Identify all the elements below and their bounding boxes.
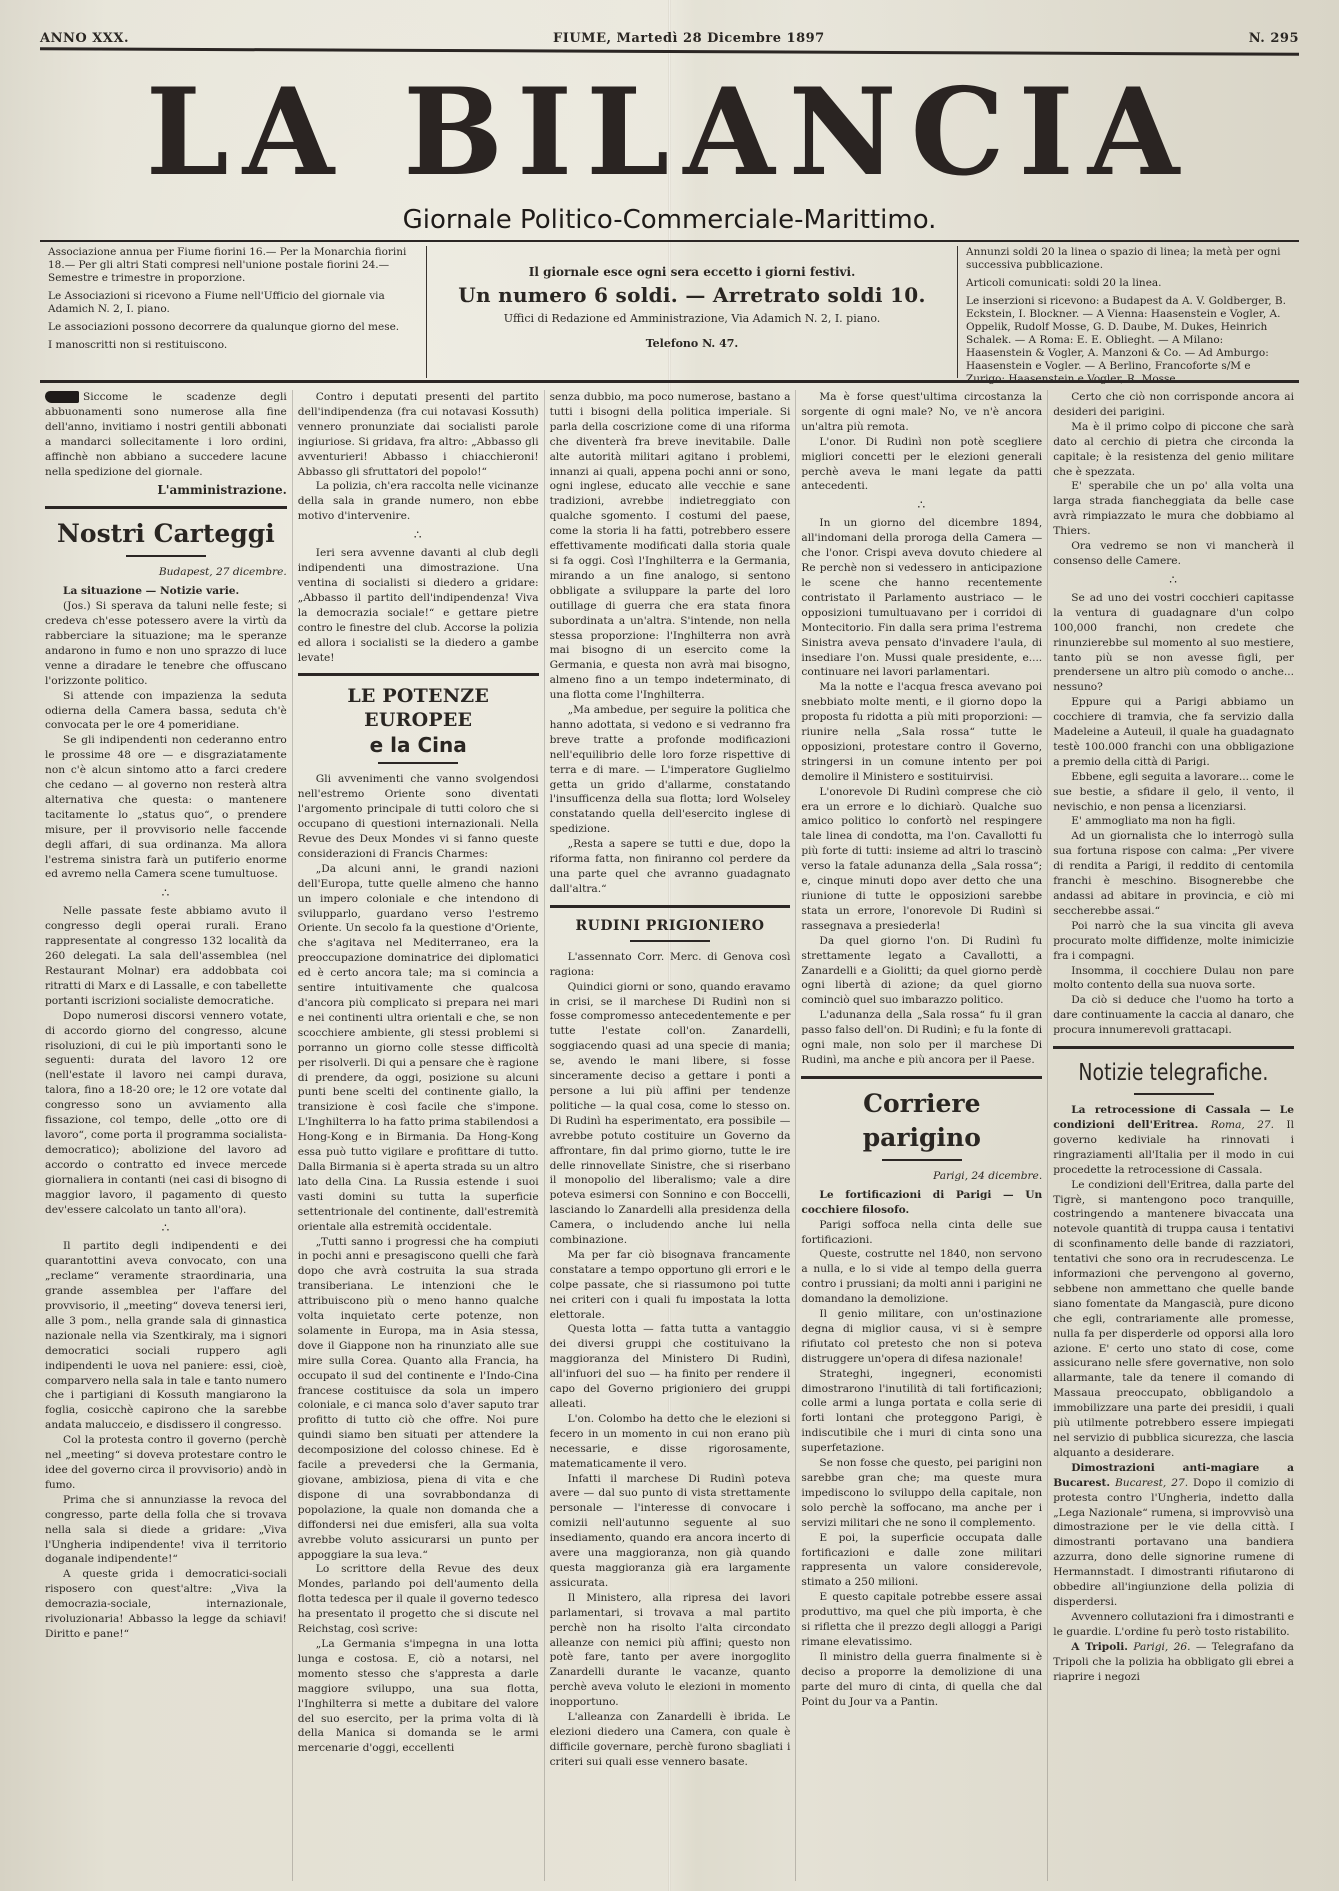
paragraph: Insomma, il cocchiere Dulau non pare mol… [1053, 964, 1294, 994]
paragraph: Se ad uno dei vostri cocchieri capitasse… [1053, 591, 1294, 695]
paragraph: Se gli indipendenti non cederanno entro … [45, 733, 287, 882]
article-dateline: Parigi, 24 dicembre. [801, 1169, 1042, 1184]
paragraph: Ad un giornalista che lo interrogò sulla… [1053, 829, 1294, 918]
subscription-notice: Siccome le scadenze degli abbuonamenti s… [45, 390, 287, 479]
paragraph: „Da alcuni anni, le grandi nazioni dell'… [298, 862, 539, 1235]
headline-potenze-europee: LE POTENZE EUROPEE [298, 684, 539, 732]
headline-notizie-telegrafiche: Notizie telegrafiche. [1075, 1057, 1272, 1089]
paragraph: Ma per far ciò bisognava francamente con… [550, 1248, 791, 1323]
paragraph: Certo che ciò non corrisponde ancora ai … [1053, 390, 1294, 420]
paragraph: Se non fosse che questo, pei parigini no… [801, 1456, 1042, 1531]
price-info: Il giornale esce ogni sera eccetto i gio… [427, 246, 958, 378]
paragraph: „Resta a sapere se tutti e due, dopo la … [550, 837, 791, 897]
divider [40, 380, 1299, 383]
newspaper-page: ANNO XXX. FIUME, Martedì 28 Dicembre 189… [0, 0, 1339, 1891]
paragraph: E' ammogliato ma non ha figli. [1053, 814, 1294, 829]
paragraph: La polizia, ch'era raccolta nelle vicina… [298, 479, 539, 524]
column-3: senza dubbio, ma poco numerose, bastano … [544, 390, 796, 1881]
article-dateline: Budapest, 27 dicembre. [45, 565, 287, 580]
asterism-ornament: ∴ [45, 884, 287, 902]
info-box: Associazione annua per Fiume fiorini 16.… [40, 246, 1299, 378]
manuscripts-note: I manoscritti non si restituiscono. [48, 339, 418, 352]
pointing-hand-icon [45, 391, 79, 403]
paragraph: Infatti il marchese Di Rudinì poteva ave… [550, 1472, 791, 1591]
paragraph: L'on. Colombo ha detto che le elezioni s… [550, 1412, 791, 1472]
headline-cina: e la Cina [298, 732, 539, 758]
paragraph: Ma è il primo colpo di piccone che sarà … [1053, 420, 1294, 480]
article-subhead: La situazione — Notizie varie. [45, 584, 287, 599]
paragraph: Nelle passate feste abbiamo avuto il con… [45, 904, 287, 1008]
headline-nostri-carteggi: Nostri Carteggi [45, 517, 287, 551]
paragraph: E poi, la superficie occupata dalle fort… [801, 1531, 1042, 1591]
divider [801, 1076, 1042, 1079]
divider [630, 940, 710, 942]
paragraph: Prima che si annunziasse la revoca del c… [45, 1493, 287, 1568]
masthead-subtitle: Giornale Politico-Commerciale-Marittimo. [40, 205, 1299, 235]
asterism-ornament: ∴ [45, 1219, 287, 1237]
telephone: Telefono N. 47. [427, 337, 957, 350]
paragraph: senza dubbio, ma poco numerose, bastano … [550, 390, 791, 703]
paragraph: L'onor. Di Rudinì non potè scegliere mig… [801, 435, 1042, 495]
paragraph: Ma la notte e l'acqua fresca avevano poi… [801, 680, 1042, 784]
paragraph: „La Germania s'impegna in una lotta lung… [298, 1637, 539, 1756]
paragraph: Il Ministero, alla ripresa dei lavori pa… [550, 1591, 791, 1710]
paragraph: Ebbene, egli seguita a lavorare... come … [1053, 770, 1294, 815]
divider [1134, 1093, 1214, 1095]
paragraph: Lo scrittore della Revue des deux Mondes… [298, 1562, 539, 1637]
divider [1053, 1046, 1294, 1049]
paragraph: In un giorno del dicembre 1894, all'indo… [801, 516, 1042, 680]
article-columns: Siccome le scadenze degli abbuonamenti s… [40, 390, 1299, 1881]
paragraph: Contro i deputati presenti del partito d… [298, 390, 539, 479]
advertising-info: Annunzi soldi 20 la linea o spazio di li… [958, 246, 1299, 378]
paragraph: „Ma ambedue, per seguire la politica che… [550, 703, 791, 837]
volume-label: ANNO XXX. [40, 31, 129, 46]
column-4: Ma è forse quest'ultima circostanza la s… [795, 390, 1047, 1881]
paragraph: Avvennero collutazioni fra i dimostranti… [1053, 1610, 1294, 1640]
column-1: Siccome le scadenze degli abbuonamenti s… [40, 390, 292, 1881]
paragraph: Col la protesta contro il governo (perch… [45, 1433, 287, 1493]
issue-number: N. 295 [1249, 31, 1299, 46]
paragraph: Gli avvenimenti che vanno svolgendosi ne… [298, 772, 539, 861]
issue-price: Un numero 6 soldi. — Arretrato soldi 10. [427, 289, 957, 302]
paragraph: Queste, costrutte nel 1840, non servono … [801, 1247, 1042, 1307]
asterism-ornament: ∴ [801, 496, 1042, 514]
paragraph: L'assennato Corr. Merc. di Genova così r… [550, 950, 791, 980]
paragraph: Strateghi, ingegneri, economisti dimostr… [801, 1367, 1042, 1456]
column-2: Contro i deputati presenti del partito d… [292, 390, 544, 1881]
divider [126, 555, 206, 557]
asterism-ornament: ∴ [1053, 571, 1294, 589]
column-5: Certo che ciò non corrisponde ancora ai … [1047, 390, 1299, 1881]
paragraph: Questa lotta — fatta tutta a vantaggio d… [550, 1322, 791, 1411]
paragraph: Ieri sera avvenne davanti al club degli … [298, 546, 539, 665]
paragraph: E questo capitale potrebbe essere assai … [801, 1590, 1042, 1650]
headline-corriere-parigino: Corriere parigino [801, 1087, 1042, 1155]
subscription-start: Le associazioni possono decorrere da qua… [48, 321, 418, 334]
article-subhead: Le fortificazioni di Parigi — Un cocchie… [801, 1188, 1042, 1218]
paragraph: Da quel giorno l'on. Di Rudinì fu strett… [801, 934, 1042, 1009]
telegram-cassala: La retrocessione di Cassala — Le condizi… [1053, 1103, 1294, 1178]
paragraph: (Jos.) Si sperava da taluni nelle feste;… [45, 599, 287, 688]
paragraph: Le condizioni dell'Eritrea, dalla parte … [1053, 1178, 1294, 1461]
paragraph: Ma è forse quest'ultima circostanza la s… [801, 390, 1042, 435]
telegram-bucarest: Dimostrazioni anti-magiare a Bucarest. B… [1053, 1461, 1294, 1610]
telegram-tripoli: A Tripoli. Parigi, 26. — Telegrafano da … [1053, 1640, 1294, 1685]
paragraph: Parigi soffoca nella cinta delle sue for… [801, 1218, 1042, 1248]
masthead-title: LA BILANCIA [40, 61, 1299, 204]
divider [45, 506, 287, 509]
paragraph: Quindici giorni or sono, quando eravamo … [550, 980, 791, 1248]
headline-rudini-prigioniero: RUDINI PRIGIONIERO [550, 916, 791, 936]
divider [882, 1159, 962, 1161]
paragraph: „Tutti sanno i progressi che ha compiuti… [298, 1235, 539, 1563]
communicated-articles: Articoli comunicati: soldi 20 la linea. [966, 277, 1291, 290]
paragraph: L'onorevole Di Rudinì comprese che ciò e… [801, 785, 1042, 934]
ad-rates: Annunzi soldi 20 la linea o spazio di li… [966, 246, 1291, 272]
notice-signature: L'amministrazione. [45, 483, 287, 498]
subscription-info: Associazione annua per Fiume fiorini 16.… [40, 246, 427, 378]
paragraph: Il ministro della guerra finalmente si è… [801, 1650, 1042, 1710]
paragraph: Il partito degli indipendenti e dei quar… [45, 1239, 287, 1433]
paragraph: Poi narrò che la sua vincita gli aveva p… [1053, 919, 1294, 964]
asterism-ornament: ∴ [298, 526, 539, 544]
office-address: Uffici di Redazione ed Amministrazione, … [427, 312, 957, 325]
dateline: FIUME, Martedì 28 Dicembre 1897 [553, 31, 825, 46]
paragraph: E' sperabile che un po' alla volta una l… [1053, 479, 1294, 539]
divider [550, 905, 791, 908]
subscription-office: Le Associazioni si ricevono a Fiume nell… [48, 290, 418, 316]
divider [40, 240, 1299, 242]
paragraph: Eppure qui a Parigi abbiamo un cocchiere… [1053, 695, 1294, 770]
paragraph: Ora vedremo se non vi mancherà il consen… [1053, 539, 1294, 569]
paragraph: L'adunanza della „Sala rossa“ fu il gran… [801, 1008, 1042, 1068]
paragraph: Il genio militare, con un'ostinazione de… [801, 1307, 1042, 1367]
divider [378, 762, 458, 764]
paragraph: Si attende con impazienza la seduta odie… [45, 689, 287, 734]
subscription-rates: Associazione annua per Fiume fiorini 16.… [48, 246, 418, 285]
top-bar: ANNO XXX. FIUME, Martedì 28 Dicembre 189… [40, 30, 1299, 46]
publication-schedule: Il giornale esce ogni sera eccetto i gio… [427, 266, 957, 279]
paragraph: A queste grida i democratici-sociali ris… [45, 1567, 287, 1642]
divider [298, 673, 539, 676]
paragraph: L'alleanza con Zanardelli è ibrida. Le e… [550, 1710, 791, 1770]
ad-agents: Le inserzioni si ricevono: a Budapest da… [966, 295, 1291, 386]
paragraph: Da ciò si deduce che l'uomo ha torto a d… [1053, 993, 1294, 1038]
paragraph: Dopo numerosi discorsi vennero votate, d… [45, 1009, 287, 1218]
